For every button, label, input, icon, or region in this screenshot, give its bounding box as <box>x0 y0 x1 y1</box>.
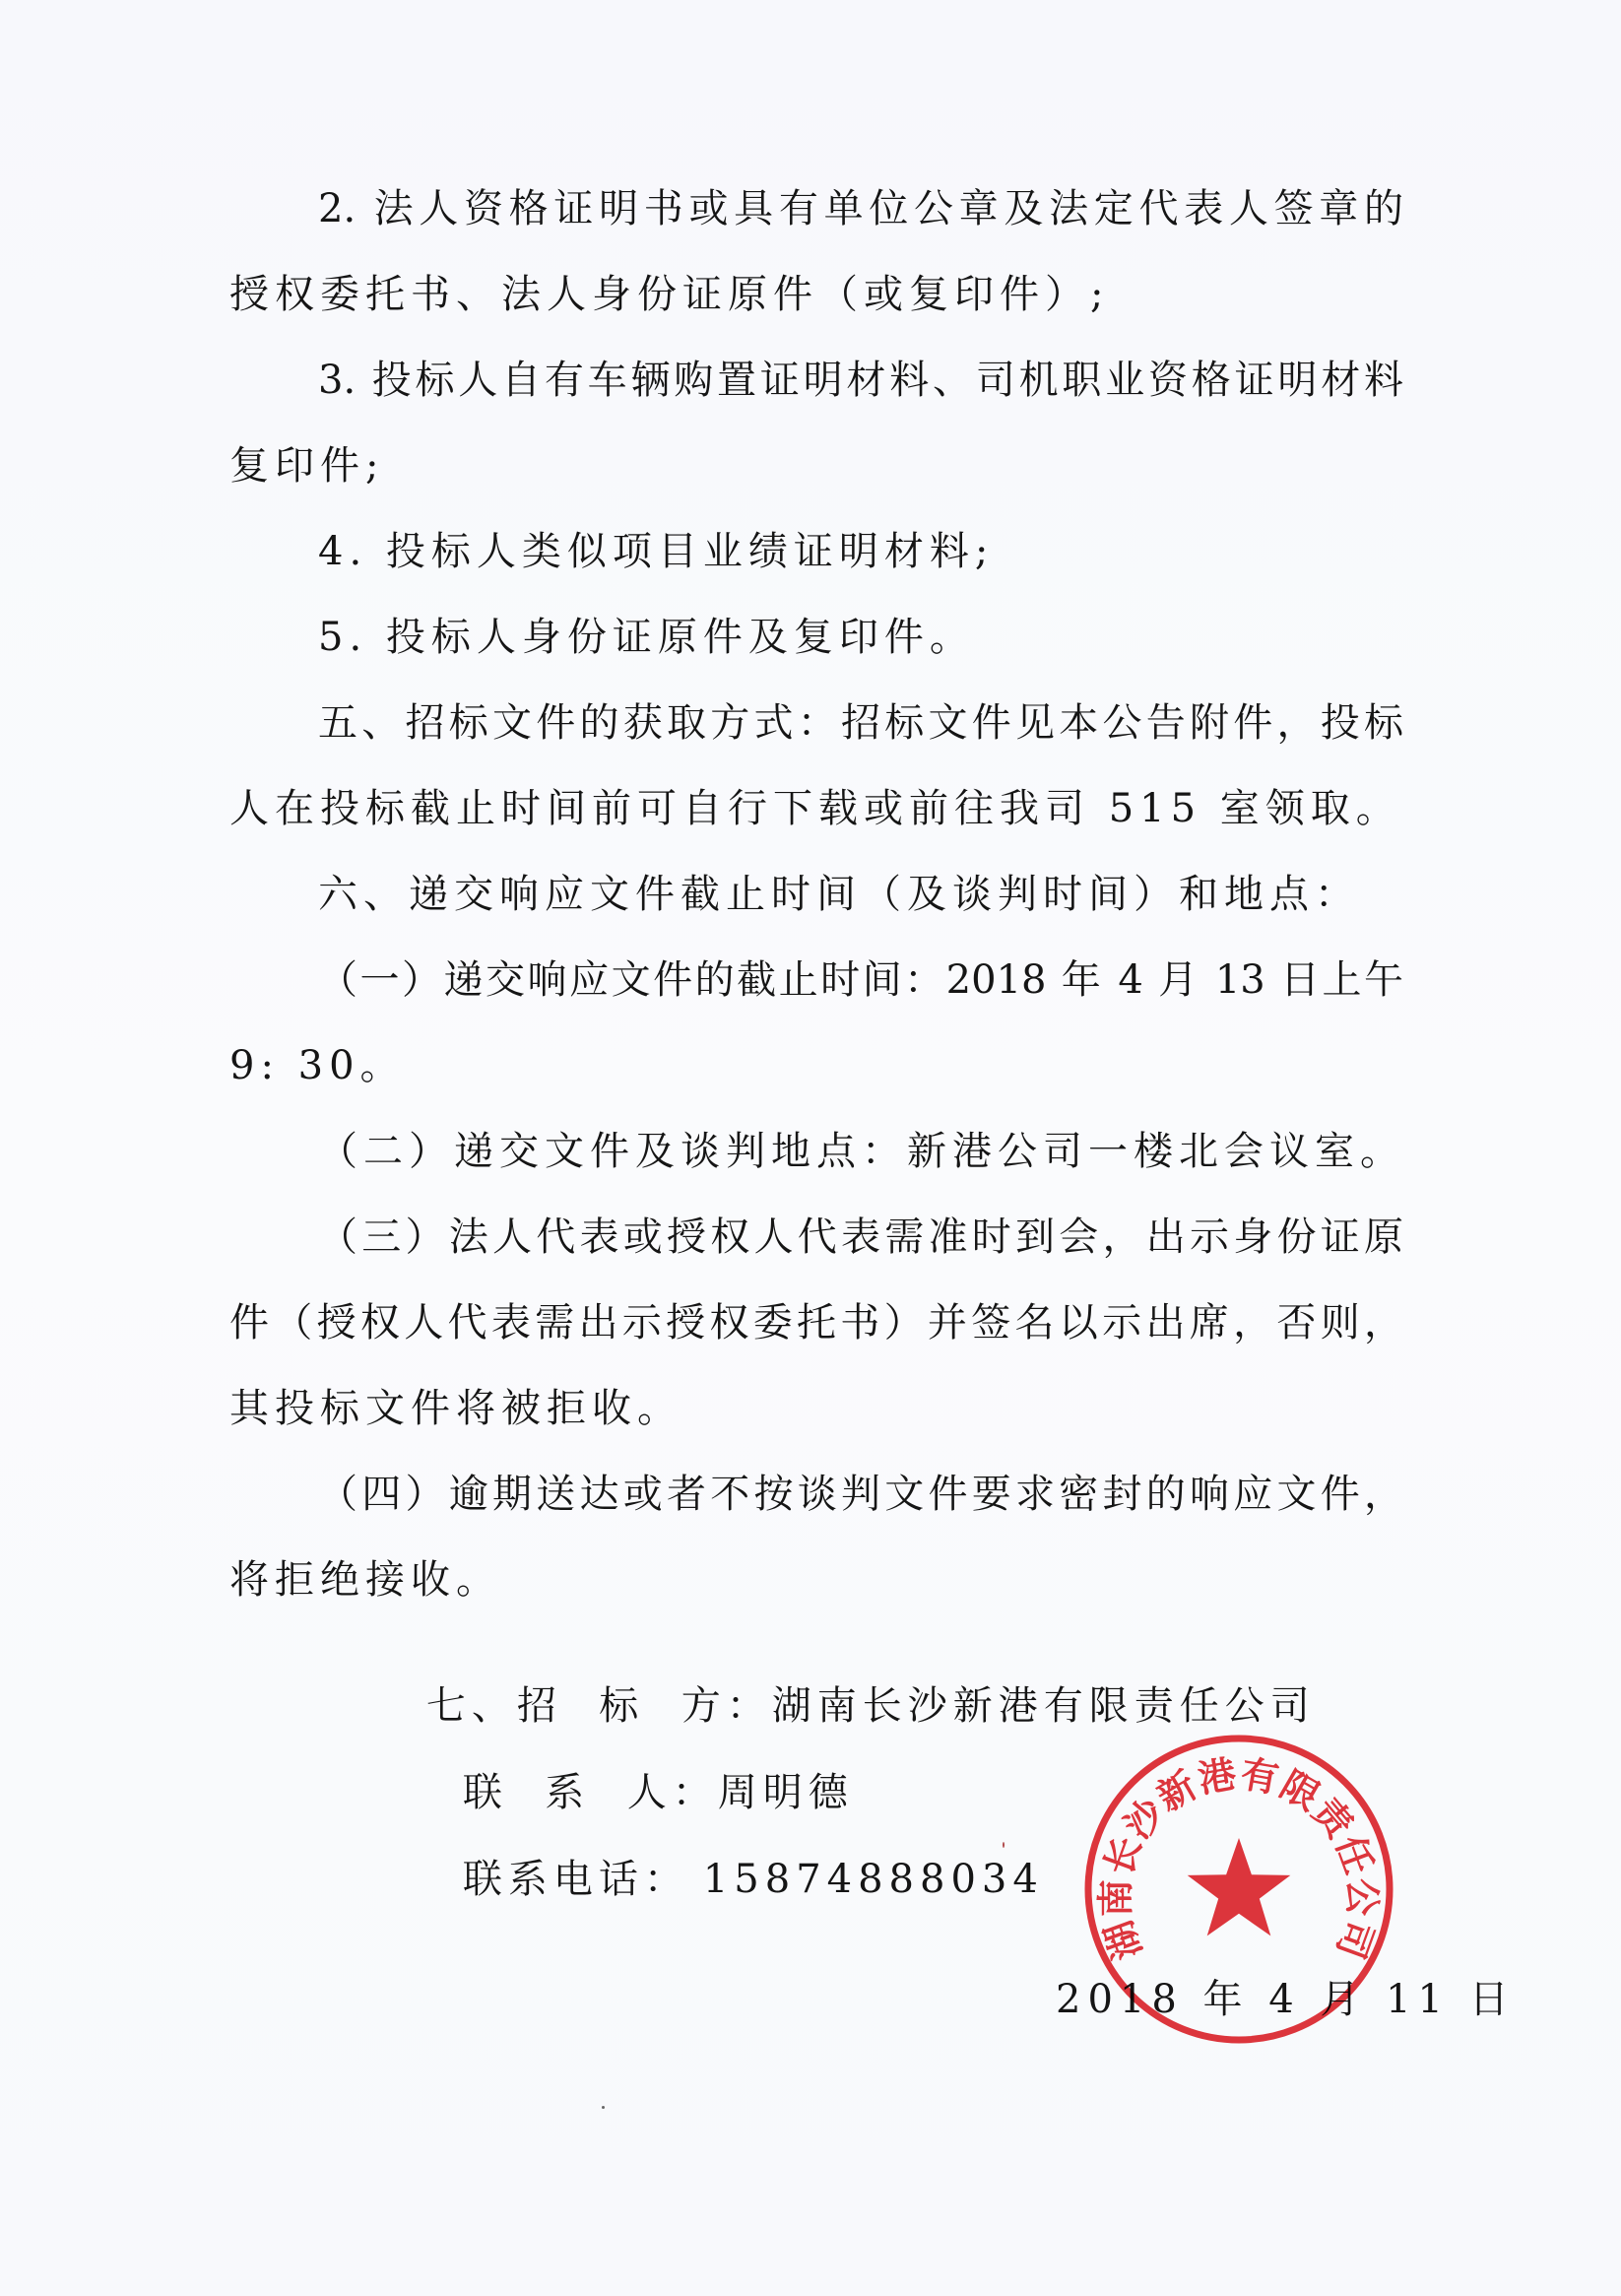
document-page: 2. 法人资格证明书或具有单位公章及法定代表人签章的 授权委托书、法人身份证原件… <box>0 0 1621 2296</box>
section-6-1-line-2: 9: 30。 <box>229 1042 406 1089</box>
section-6-2: （二）递交文件及谈判地点：新港公司一楼北会议室。 <box>318 1128 1405 1175</box>
section-5-line-2: 人在投标截止时间前可自行下载或前往我司 515 室领取。 <box>229 785 1401 832</box>
section-6-4-line-1: （四）逾期送达或者不按谈判文件要求密封的响应文件， <box>318 1471 1403 1518</box>
contact-person-row: 联 系 人：周明德 <box>389 1722 854 1769</box>
paragraph-req-5: 5. 投标人身份证原件及复印件。 <box>318 614 975 661</box>
seal-star-icon <box>1188 1838 1291 1935</box>
company-seal-icon: 湖南长沙新港有限责任公司 <box>1081 1732 1396 2047</box>
section-5-heading-line-1: 五、招标文件的获取方式：招标文件见本公告附件，投标 <box>318 699 1403 747</box>
contact-phone-row: 联系电话：15874888034 <box>389 1808 1044 1856</box>
paragraph-req-2-line-1: 2. 法人资格证明书或具有单位公章及法定代表人签章的 <box>318 185 1403 232</box>
section-6-1-line-1: （一）递交响应文件的截止时间：2018 年 4 月 13 日上午 <box>318 956 1403 1004</box>
scan-speck <box>602 2106 605 2109</box>
paragraph-req-3-line-1: 3. 投标人自有车辆购置证明材料、司机职业资格证明材料 <box>318 357 1403 404</box>
paragraph-req-4: 4. 投标人类似项目业绩证明材料; <box>318 528 994 575</box>
contact-phone-value: 15874888034 <box>703 1857 1044 1902</box>
paragraph-req-3-line-2: 复印件; <box>229 442 384 490</box>
section-6-heading: 六、递交响应文件截止时间（及谈判时间）和地点： <box>318 871 1360 918</box>
section-6-3-line-2: 件（授权人代表需出示授权委托书）并签名以示出席，否则， <box>229 1299 1403 1346</box>
scan-speck <box>1003 1842 1005 1848</box>
contact-phone-label: 联系电话： <box>463 1857 689 1902</box>
section-6-3-line-1: （三）法人代表或授权人代表需准时到会，出示身份证原 <box>318 1214 1403 1261</box>
tenderer-row: 七、招 标 方：湖南长沙新港有限责任公司 <box>353 1635 1316 1682</box>
section-6-3-line-3: 其投标文件将被拒收。 <box>229 1385 682 1432</box>
paragraph-req-2-line-2: 授权委托书、法人身份证原件（或复印件）; <box>229 271 1109 318</box>
section-6-4-line-2: 将拒绝接收。 <box>229 1556 501 1604</box>
